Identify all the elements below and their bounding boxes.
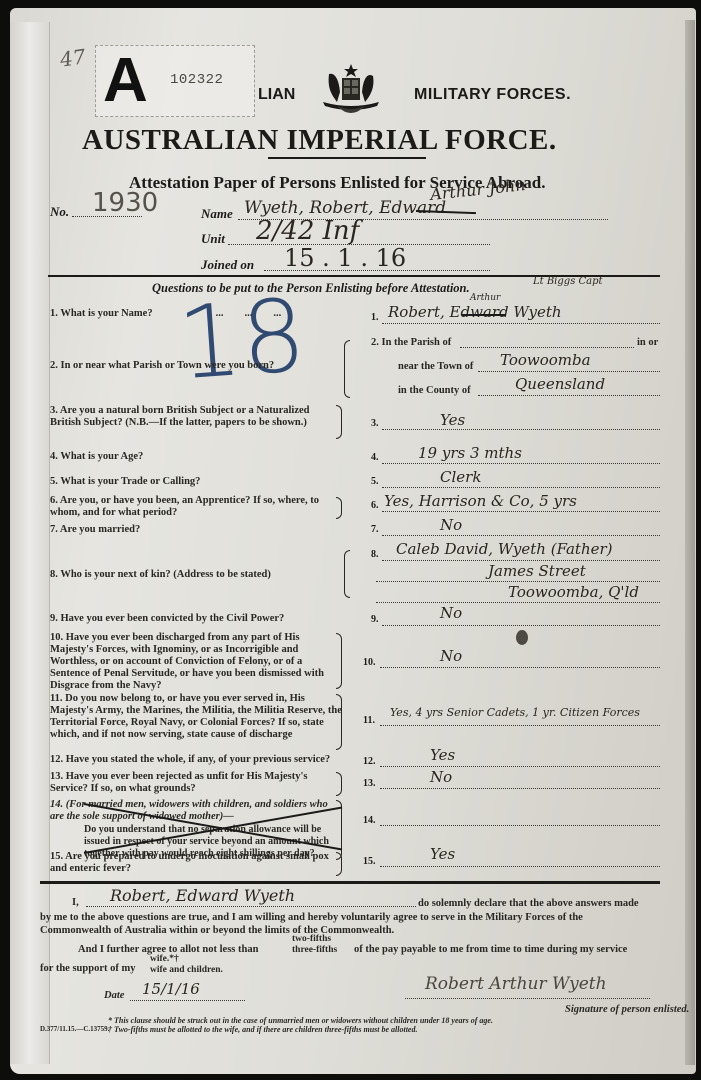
answer-1-correction: Arthur [470, 293, 500, 303]
answer-10: No [440, 647, 462, 665]
declaration-line-3: Commonwealth of Australia within or beyo… [40, 924, 394, 937]
answer-6-line [382, 511, 660, 512]
answer-11: Yes, 4 yrs Senior Cadets, 1 yr. Citizen … [390, 706, 640, 719]
question-3: 3. Are you a natural born British Subjec… [50, 405, 342, 429]
birth-county-label: in the County of [398, 385, 471, 397]
date-label: Date [104, 989, 124, 1002]
name-value: Wyeth, Robert, Edward [244, 198, 446, 218]
allot-text-b: of the pay payable to me from time to ti… [354, 943, 627, 956]
answer-12-line [380, 766, 660, 767]
answer-1-line [382, 323, 660, 324]
birth-town-label: near the Town of [398, 361, 473, 373]
county-line [478, 395, 660, 396]
answer-12: Yes [430, 746, 455, 764]
birth-parish-label: 2. In the Parish of [371, 337, 451, 349]
answer-3-line [382, 429, 660, 430]
answer-9-line [382, 625, 660, 626]
birth-town: Toowoomba [500, 351, 591, 369]
question-10: 10. Have you ever been discharged from a… [50, 632, 342, 692]
question-13: 13. Have you ever been rejected as unfit… [50, 771, 342, 795]
birth-county: Queensland [515, 375, 605, 393]
unit-value: 2/42 Inf [256, 216, 359, 246]
header-military-forces: MILITARY FORCES. [414, 86, 571, 104]
answer-1: Robert, Edward Wyeth [388, 303, 562, 321]
declaration-line-1: do solemnly declare that the above answe… [418, 897, 639, 910]
answer-7-line [382, 535, 660, 536]
corner-pencil-note: 47 [58, 44, 87, 71]
support-wife: wife.*† [150, 954, 223, 965]
header-australian: LIAN [258, 86, 295, 104]
no-value: 1930 [92, 188, 158, 218]
ink-stain [516, 630, 528, 645]
answer-4-line [382, 463, 660, 464]
birth-parish-suffix: in or [637, 337, 658, 349]
page-title: AUSTRALIAN IMPERIAL FORCE. [82, 124, 557, 157]
brace [344, 550, 350, 598]
fraction-options: two-fifths three-fifths [292, 934, 337, 956]
date-line [130, 1000, 245, 1001]
brace [336, 694, 342, 750]
brace [336, 497, 342, 519]
question-14-condition: 14. (For married men, widowers with chil… [50, 799, 342, 823]
date-value: 15/1/16 [142, 980, 200, 998]
answer-4: 19 yrs 3 mths [418, 444, 522, 462]
declaration-name-line [86, 906, 416, 907]
town-line [478, 371, 660, 372]
declaration-line-2: by me to the above questions are true, a… [40, 911, 583, 924]
answer-6: Yes, Harrison & Co, 5 yrs [384, 492, 577, 510]
answer-5-line [382, 487, 660, 488]
answer-8-line [376, 581, 660, 582]
answer-7: No [440, 516, 462, 534]
joined-value: 15 . 1 . 16 [284, 244, 406, 272]
question-9: 9. Have you ever been convicted by the C… [50, 613, 284, 625]
question-12: 12. Have you stated the whole, if any, o… [50, 754, 330, 766]
parish-line [460, 347, 634, 348]
answer-14-line [380, 825, 660, 826]
question-7: 7. Are you married? [50, 524, 140, 536]
declaration-prefix: I, [72, 896, 79, 909]
name-label: Name [201, 206, 233, 222]
brace [336, 852, 342, 876]
declaration-name: Robert, Edward Wyeth [110, 886, 295, 905]
fraction-two-fifths: two-fifths [292, 934, 337, 945]
answer-8-line [382, 560, 660, 561]
archive-number: 102322 [170, 72, 223, 88]
answer-8-street: James Street [488, 562, 586, 580]
answer-15-line [380, 866, 660, 867]
question-6: 6. Are you, or have you been, an Apprent… [50, 495, 342, 519]
footnote-1: * This clause should be struck out in th… [108, 1016, 493, 1025]
joined-label: Joined on [201, 257, 254, 273]
form-code: D.377/11.15.—C.13759. [40, 1025, 109, 1033]
question-15: 15. Are you prepared to undergo inoculat… [50, 851, 342, 875]
question-8: 8. Who is your next of kin? (Address to … [50, 569, 271, 581]
support-text: for the support of my [40, 962, 135, 975]
signature: Robert Arthur Wyeth [425, 974, 607, 994]
binding-strip [10, 22, 50, 1064]
title-underline [268, 157, 426, 159]
brace [336, 633, 342, 689]
support-wife-children: wife and children. [150, 965, 223, 976]
question-4: 4. What is your Age? [50, 451, 143, 463]
coat-of-arms-icon [315, 62, 387, 120]
signature-line [405, 998, 650, 999]
answer-8-town: Toowoomba, Q'ld [508, 583, 639, 601]
answer-15: Yes [430, 845, 455, 863]
answer-5: Clerk [440, 468, 481, 486]
answer-3: Yes [440, 411, 465, 429]
brace [336, 405, 342, 439]
brace [336, 772, 342, 796]
signature-label: Signature of person enlisted. [565, 1003, 689, 1016]
margin-number: 18 [175, 286, 309, 395]
answer-10-line [380, 667, 660, 668]
question-5: 5. What is your Trade or Calling? [50, 476, 200, 488]
answer-8-line [376, 602, 660, 603]
answer-13: No [430, 768, 452, 786]
footnote-2: † Two-fifths must be allotted to the wif… [108, 1025, 417, 1034]
fraction-three-fifths: three-fifths [292, 945, 337, 956]
heading-annotation: Lt Biggs Capt [533, 276, 603, 287]
question-2: 2. In or near what Parish or Town were y… [50, 360, 274, 372]
series-letter: A [103, 50, 148, 112]
section-divider [40, 881, 660, 884]
question-11: 11. Do you now belong to, or have you ev… [50, 693, 342, 741]
answer-13-line [380, 788, 660, 789]
support-options: wife.*† wife and children. [150, 954, 223, 976]
answer-1-strikethrough [462, 314, 506, 316]
no-label: No. [50, 204, 69, 220]
answer-11-line [380, 725, 660, 726]
answer-9: No [440, 604, 462, 622]
page-edge [685, 20, 695, 1065]
brace [344, 340, 350, 398]
answer-8-name: Caleb David, Wyeth (Father) [396, 540, 613, 558]
question-1: 1. What is your Name? ... ... ... [50, 308, 281, 320]
unit-label: Unit [201, 231, 225, 247]
